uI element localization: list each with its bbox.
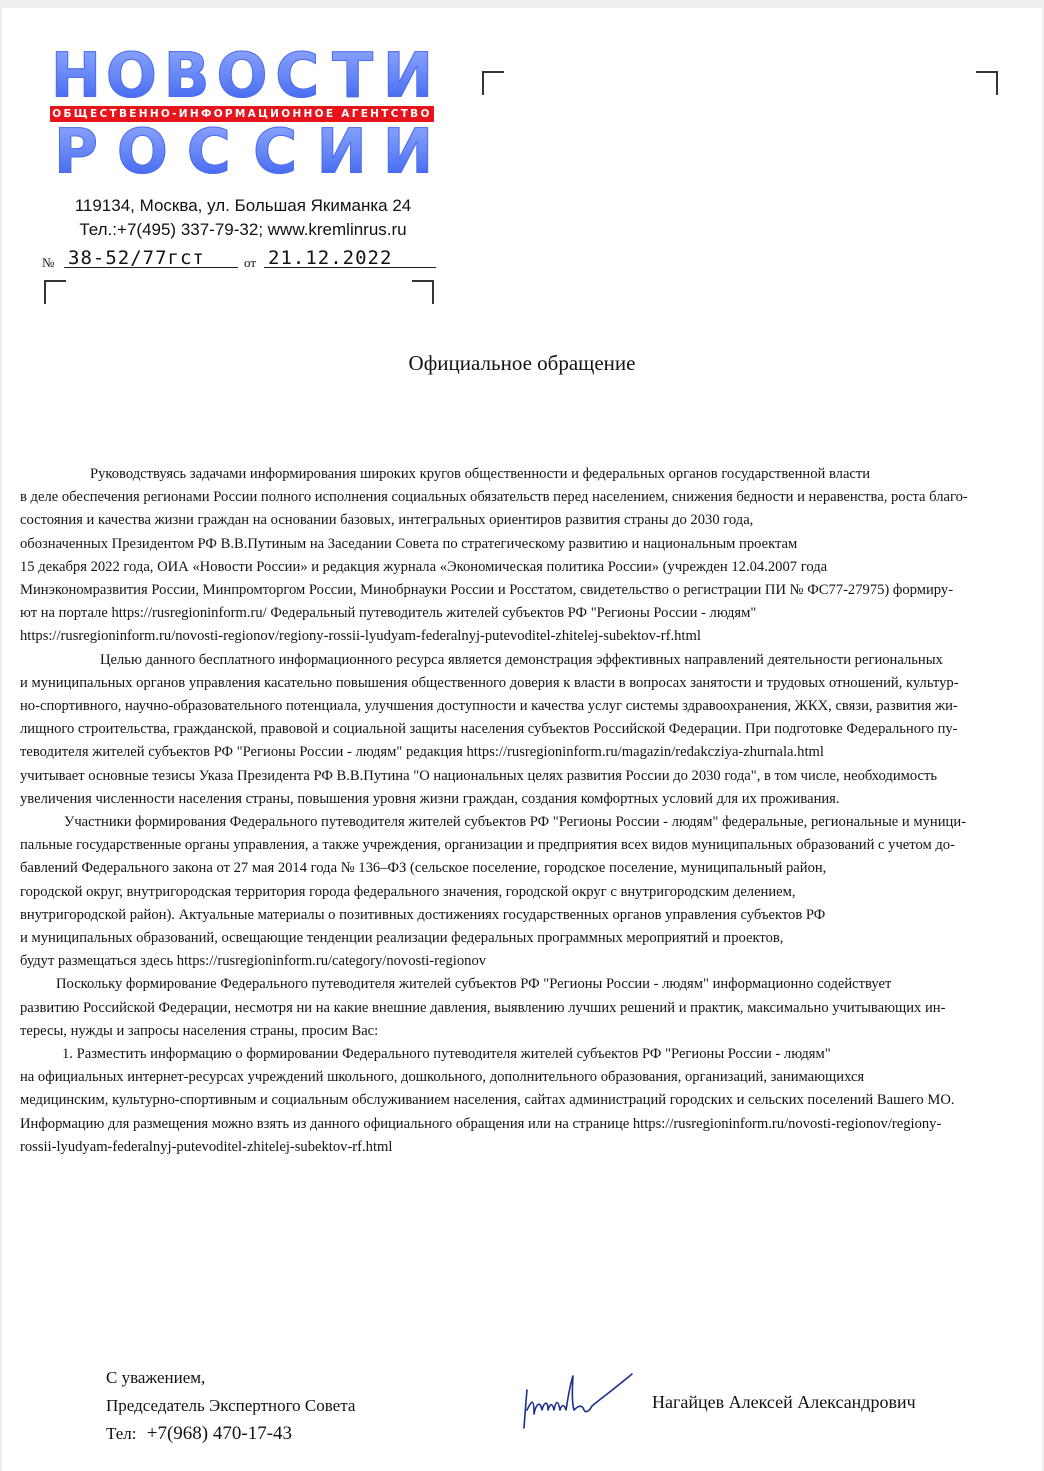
logo-letter: Н	[50, 47, 102, 104]
corner-mark-top-right	[412, 280, 434, 304]
body-line: 1. Разместить информацию о формировании …	[20, 1043, 1030, 1066]
addressee-corner-top-right	[976, 71, 998, 95]
logo-letter: Т	[327, 47, 379, 104]
body-line: бавлений Федерального закона от 27 мая 2…	[20, 857, 1030, 880]
body-line: на официальных интернет-ресурсах учрежде…	[20, 1066, 1030, 1089]
logo-letter: О	[216, 47, 268, 104]
document-page: НОВОСТИ ОБЩЕСТВЕННО-ИНФОРМАЦИОННОЕ АГЕНТ…	[2, 8, 1042, 1471]
body-line: Поскольку формирование Федерального путе…	[20, 973, 1030, 996]
logo-word-novosti: НОВОСТИ	[50, 47, 434, 104]
logo-letter: О	[105, 47, 157, 104]
body-line: https://rusregioninform.ru/novosti-regio…	[20, 625, 1030, 648]
registration-line: № 38-52/77гст от 21.12.2022	[42, 246, 442, 272]
date-label: от	[244, 255, 256, 271]
body-line: Руководствуясь задачами информирования ш…	[20, 463, 1030, 486]
body-line: будут размещаться здесь https://rusregio…	[20, 950, 1030, 973]
body-line: лищного строительства, гражданской, прав…	[20, 718, 1030, 741]
number-label: №	[42, 255, 54, 271]
logo-letter: О	[116, 123, 168, 180]
body-line: ют на портале https://rusregioninform.ru…	[20, 602, 1030, 625]
logo-letter: С	[271, 47, 323, 104]
handwritten-signature-icon	[518, 1370, 638, 1434]
logo-letter: С	[249, 123, 301, 180]
body-line: состояния и качества жизни граждан на ос…	[20, 509, 1030, 532]
corner-mark-top-left	[44, 280, 66, 304]
body-line: и муниципальных образований, освещающие …	[20, 927, 1030, 950]
body-line: медицинским, культурно-спортивным и соци…	[20, 1089, 1030, 1112]
body-line: пальные государственные органы управлени…	[20, 834, 1030, 857]
signer-phone-row: Тел: +7(968) 470-17-43	[106, 1420, 355, 1448]
agency-logo: НОВОСТИ ОБЩЕСТВЕННО-ИНФОРМАЦИОННОЕ АГЕНТ…	[50, 48, 434, 180]
closing-regards: С уважением,	[106, 1364, 355, 1392]
closing-block: С уважением, Председатель Экспертного Со…	[106, 1364, 355, 1448]
outgoing-date: 21.12.2022	[264, 246, 436, 268]
body-line: но-спортивного, научно-образовательного …	[20, 695, 1030, 718]
body-line: тересы, нужды и запросы населения страны…	[20, 1020, 1030, 1043]
body-line: Участники формирования Федерального путе…	[20, 811, 1030, 834]
outgoing-number: 38-52/77гст	[64, 246, 238, 268]
phone-label: Тел:	[106, 1424, 137, 1443]
letterhead-address: 119134, Москва, ул. Большая Якиманка 24	[50, 194, 436, 218]
body-line: rossii-lyudyam-federalnyj-putevoditel-zh…	[20, 1136, 1030, 1159]
body-line: городской округ, внутригородская террито…	[20, 881, 1030, 904]
logo-word-rossii: РОССИИ	[50, 123, 434, 180]
body-line: Целью данного бесплатного информационног…	[20, 649, 1030, 672]
addressee-corner-top-left	[482, 71, 504, 95]
logo-letter: И	[316, 123, 368, 180]
body-line: развитию Российской Федерации, несмотря …	[20, 997, 1030, 1020]
body-line: учитывает основные тезисы Указа Президен…	[20, 765, 1030, 788]
signer-phone: +7(968) 470-17-43	[147, 1423, 292, 1444]
signer-name: Нагайцев Алексей Александрович	[652, 1392, 916, 1413]
logo-letter: И	[382, 47, 434, 104]
body-line: в деле обеспечения регионами России полн…	[20, 486, 1030, 509]
letterhead-contacts: Тел.:+7(495) 337-79-32; www.kremlinrus.r…	[50, 218, 436, 242]
body-line: обозначенных Президентом РФ В.В.Путиным …	[20, 533, 1030, 556]
body-line: внутригородской район). Актуальные матер…	[20, 904, 1030, 927]
body-line: Минэкономразвития России, Минпромторгом …	[20, 579, 1030, 602]
logo-letter: С	[183, 123, 235, 180]
logo-letter: И	[382, 123, 434, 180]
signer-position: Председатель Экспертного Совета	[106, 1392, 355, 1420]
body-line: увеличения численности населения страны,…	[20, 788, 1030, 811]
document-body: Руководствуясь задачами информирования ш…	[20, 463, 1030, 1159]
logo-letter: Р	[50, 123, 102, 180]
logo-letter: В	[161, 47, 213, 104]
body-line: и муниципальных органов управления касат…	[20, 672, 1030, 695]
letterhead-address-block: 119134, Москва, ул. Большая Якиманка 24 …	[50, 194, 436, 242]
body-line: 15 декабря 2022 года, ОИА «Новости Росси…	[20, 556, 1030, 579]
body-line: теводителя жителей субъектов РФ "Регионы…	[20, 741, 1030, 764]
document-title: Официальное обращение	[2, 351, 1042, 376]
body-line: Информацию для размещения можно взять из…	[20, 1113, 1030, 1136]
